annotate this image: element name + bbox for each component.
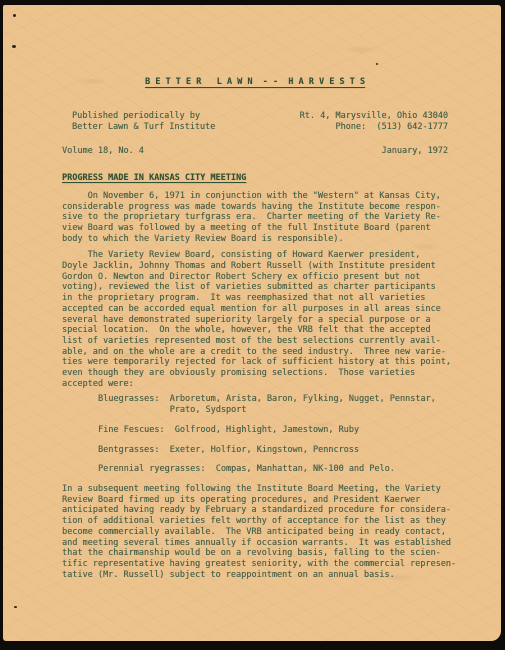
scan-speck (14, 606, 17, 608)
issue-date: January, 1972 (381, 146, 448, 157)
list-item-ryegrasses: Perennial ryegrasses: Compas, Manhattan,… (98, 464, 448, 475)
paragraph-2: The Variety Review Board, consisting of … (62, 250, 448, 389)
newsletter-masthead: B E T T E R L A W N - - H A R V E S T S … (62, 76, 448, 157)
accepted-varieties-list: Bluegrasses: Arboretum, Arista, Baron, F… (98, 394, 448, 475)
article-heading: PROGRESS MADE IN KANSAS CITY MEETING (62, 173, 448, 184)
newsletter-title: B E T T E R L A W N - - H A R V E S T S (62, 76, 448, 88)
address-line: Rt. 4, Marysville, Ohio 43040 (300, 111, 448, 122)
scan-frame: B E T T E R L A W N - - H A R V E S T S … (0, 0, 505, 650)
masthead-info-row: Published periodically by Better Lawn & … (62, 111, 448, 132)
scan-speck (376, 63, 378, 65)
scan-speck (12, 45, 16, 48)
scan-speck (13, 14, 16, 17)
volume-date-row: Volume 18, No. 4 January, 1972 (62, 146, 448, 157)
published-line-2: Better Lawn & Turf Institute (72, 122, 215, 133)
address-block: Rt. 4, Marysville, Ohio 43040 Phone: (51… (300, 111, 448, 132)
paragraph-3: In a subsequent meeting following the In… (62, 484, 448, 580)
list-item-bluegrasses: Bluegrasses: Arboretum, Arista, Baron, F… (98, 394, 448, 415)
document-page: B E T T E R L A W N - - H A R V E S T S … (3, 5, 501, 641)
paragraph-1: On November 6, 1971 in conjunction with … (62, 191, 448, 245)
article-body: PROGRESS MADE IN KANSAS CITY MEETING On … (62, 173, 448, 580)
volume-number: Volume 18, No. 4 (62, 146, 144, 157)
list-item-fine-fescues: Fine Fescues: Golfrood, Highlight, James… (98, 425, 448, 436)
publisher-block: Published periodically by Better Lawn & … (72, 111, 215, 132)
published-line-1: Published periodically by (72, 111, 215, 122)
document-content: B E T T E R L A W N - - H A R V E S T S … (3, 76, 501, 580)
phone-line: Phone: (513) 642-1777 (300, 122, 448, 133)
list-item-bentgrasses: Bentgrasses: Exeter, Holfior, Kingstown,… (98, 445, 448, 456)
